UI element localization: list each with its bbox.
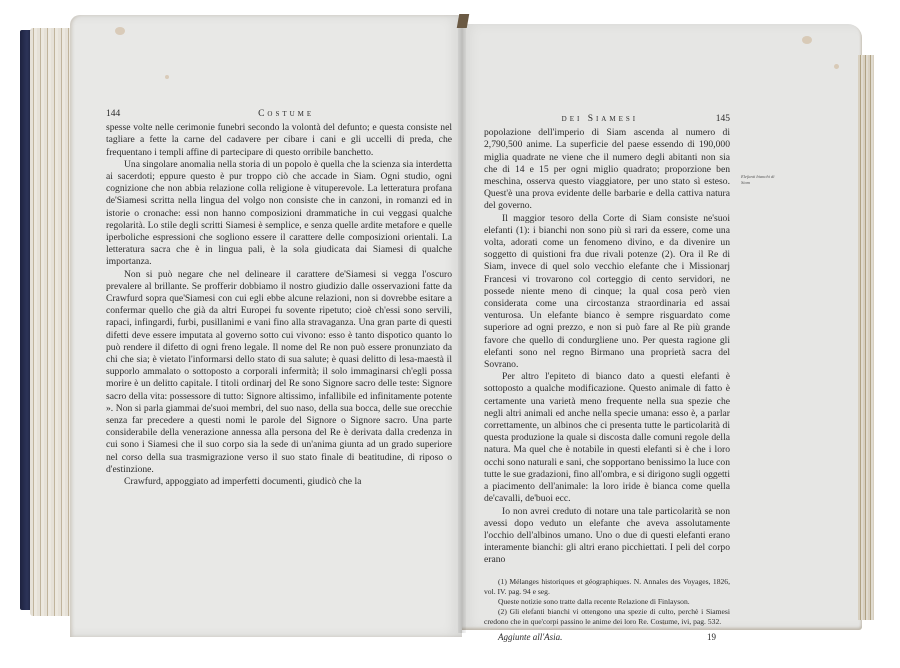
footnotes: (1) Mélanges historiques et géographique… — [484, 577, 730, 627]
paragraph: popolazione dell'imperio di Siam ascenda… — [484, 127, 730, 212]
right-page-edges — [858, 55, 874, 620]
paragraph: Una singolare anomalia nella storia di u… — [106, 159, 452, 269]
marginal-note: Elefanti bianchi di Siam — [741, 174, 781, 185]
paragraph: Il maggior tesoro della Corte di Siam co… — [484, 213, 730, 372]
paragraph: Io non avrei creduto di notare una tale … — [484, 506, 730, 567]
page-number: 145 — [716, 113, 730, 125]
signature-label: Aggiunte all'Asia. — [498, 631, 562, 643]
right-running-head: dei Siamesi 145 — [484, 113, 730, 125]
left-page: 144 Costume spesse volte nelle cerimonie… — [70, 15, 462, 637]
book-gutter — [458, 18, 466, 633]
page-number: 144 — [106, 108, 120, 120]
paragraph: Per altro l'epiteto di bianco dato a que… — [484, 371, 730, 505]
foxing-stain — [834, 64, 839, 69]
left-page-text: 144 Costume spesse volte nelle cerimonie… — [106, 108, 452, 488]
footnote: (2) Gli elefanti bianchi vi ottengono un… — [484, 607, 730, 627]
paragraph: spesse volte nelle cerimonie funebri sec… — [106, 122, 452, 159]
paragraph: Crawfurd, appoggiato ad imperfetti docum… — [106, 476, 452, 488]
footnote: (1) Mélanges historiques et géographique… — [484, 577, 730, 597]
right-page-text: dei Siamesi 145 popolazione dell'imperio… — [484, 113, 730, 643]
left-running-head: 144 Costume — [106, 108, 452, 120]
foxing-stain — [802, 36, 812, 44]
running-title: Costume — [258, 108, 314, 120]
signature-number: 19 — [707, 631, 716, 643]
paragraph: Non si può negare che nel delineare il c… — [106, 269, 452, 476]
running-title: dei Siamesi — [562, 113, 638, 125]
foxing-stain — [115, 27, 125, 35]
printer-signature: Aggiunte all'Asia. 19 — [484, 631, 730, 643]
footnote: Queste notizie sono tratte dalla recente… — [484, 597, 730, 607]
foxing-stain — [165, 75, 169, 79]
